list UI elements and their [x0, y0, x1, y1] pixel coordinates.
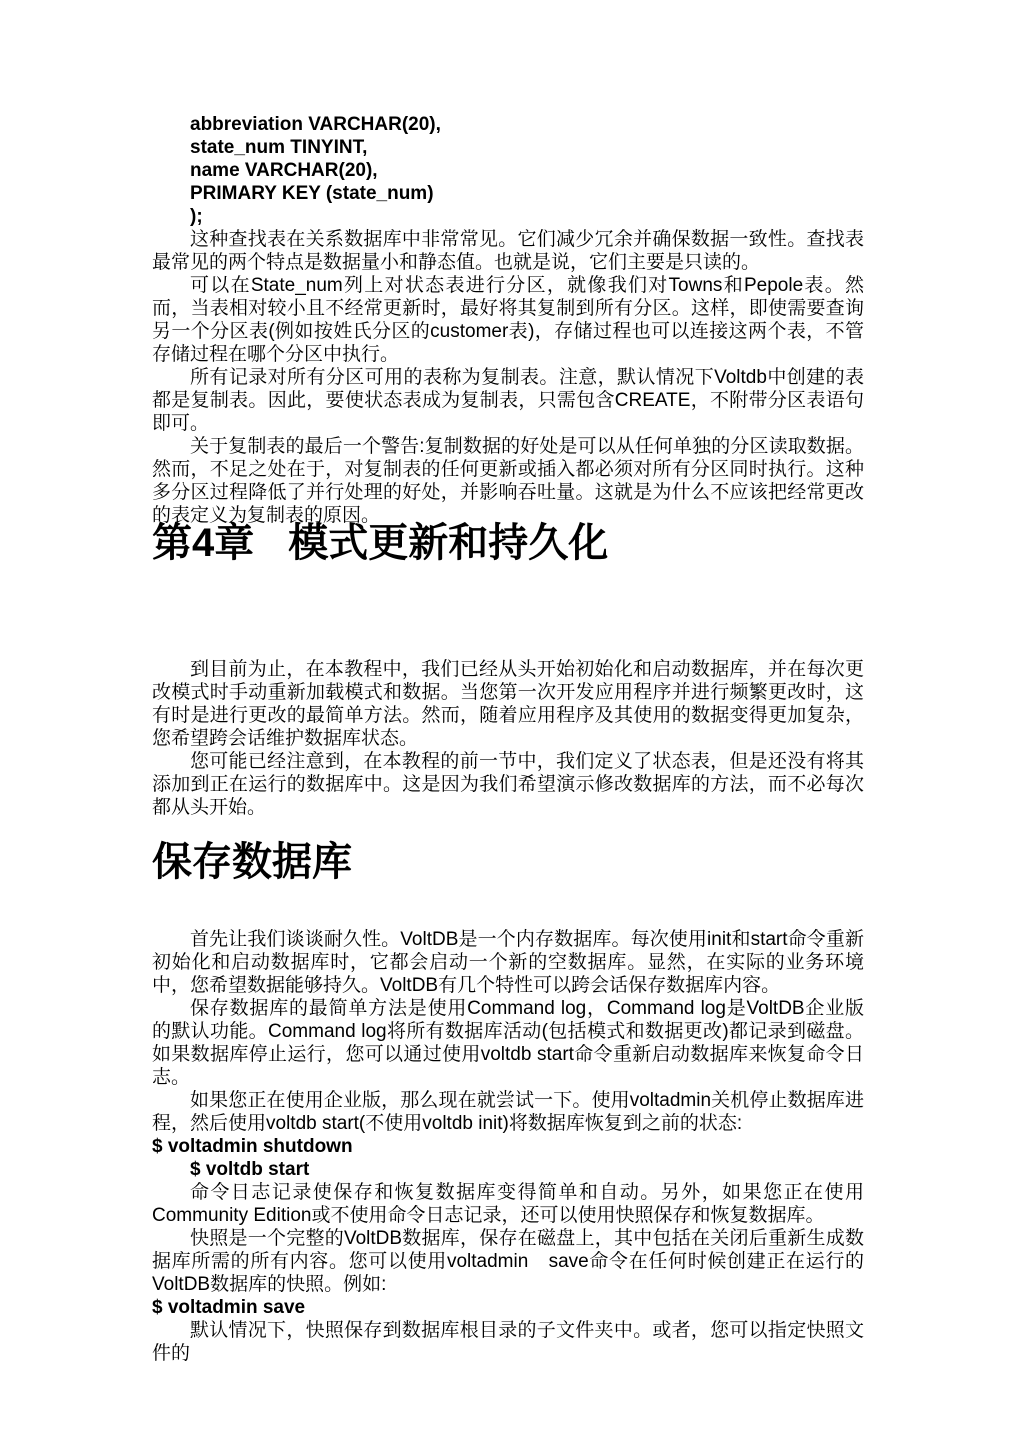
chapter-title: 模式更新和持久化	[288, 521, 608, 565]
paragraph: 首先让我们谈谈耐久性。VoltDB是一个内存数据库。每次使用init和start…	[152, 928, 864, 997]
sql-line: );	[152, 205, 864, 228]
paragraph: 快照是一个完整的VoltDB数据库，保存在磁盘上，其中包括在关闭后重新生成数据库…	[152, 1227, 864, 1296]
paragraph: 您可能已经注意到，在本教程的前一节中，我们定义了状态表，但是还没有将其添加到正在…	[152, 750, 864, 819]
paragraph: 保存数据库的最简单方法是使用Command log，Command log是Vo…	[152, 997, 864, 1089]
document-page: abbreviation VARCHAR(20), state_num TINY…	[0, 0, 1019, 1440]
sql-line: state_num TINYINT,	[152, 136, 864, 159]
command-start: $ voltdb start	[152, 1158, 864, 1181]
sql-line: PRIMARY KEY (state_num)	[152, 182, 864, 205]
save-database-block: 首先让我们谈谈耐久性。VoltDB是一个内存数据库。每次使用init和start…	[152, 928, 864, 1365]
paragraph: 关于复制表的最后一个警告:复制数据的好处是可以从任何单独的分区读取数据。然而，不…	[152, 435, 864, 527]
command-shutdown: $ voltadmin shutdown	[152, 1135, 864, 1158]
sql-line: abbreviation VARCHAR(20),	[152, 113, 864, 136]
paragraph: 命令日志记录使保存和恢复数据库变得简单和自动。另外，如果您正在使用Communi…	[152, 1181, 864, 1227]
paragraph: 这种查找表在关系数据库中非常常见。它们减少冗余并确保数据一致性。查找表最常见的两…	[152, 228, 864, 274]
section-heading: 保存数据库	[152, 838, 864, 886]
sql-line: name VARCHAR(20),	[152, 159, 864, 182]
paragraph: 默认情况下，快照保存到数据库根目录的子文件夹中。或者，您可以指定快照文件的	[152, 1319, 864, 1365]
chapter-heading: 第4章模式更新和持久化	[152, 519, 864, 567]
lookup-table-block: abbreviation VARCHAR(20), state_num TINY…	[152, 113, 864, 527]
command-save: $ voltadmin save	[152, 1296, 864, 1319]
paragraph: 所有记录对所有分区可用的表称为复制表。注意，默认情况下Voltdb中创建的表都是…	[152, 366, 864, 435]
paragraph: 如果您正在使用企业版，那么现在就尝试一下。使用voltadmin关机停止数据库进…	[152, 1089, 864, 1135]
paragraph: 可以在State_num列上对状态表进行分区，就像我们对Towns和Pepole…	[152, 274, 864, 366]
chapter-number: 第4章	[152, 521, 254, 565]
chapter-intro-block: 到目前为止，在本教程中，我们已经从头开始初始化和启动数据库，并在每次更改模式时手…	[152, 658, 864, 819]
paragraph: 到目前为止，在本教程中，我们已经从头开始初始化和启动数据库，并在每次更改模式时手…	[152, 658, 864, 750]
